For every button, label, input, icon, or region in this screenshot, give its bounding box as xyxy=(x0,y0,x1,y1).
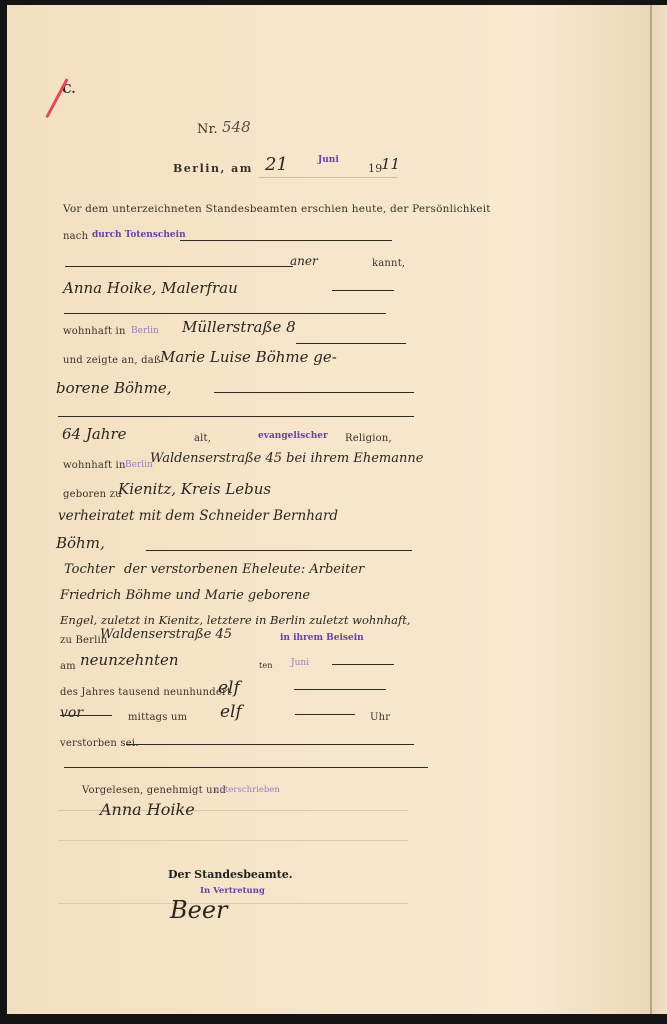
date-day: 21 xyxy=(265,154,288,175)
husband-surname: Böhm, xyxy=(56,534,105,552)
parents-prefix: Tochter xyxy=(64,562,114,577)
death-month-label: ten xyxy=(259,661,273,670)
number-label: Nr. xyxy=(197,122,218,137)
declared-label: und zeigte an, daß xyxy=(63,355,161,366)
informant-residence-label: wohnhaft in xyxy=(63,326,126,337)
registrar-stamp: In Vertretung xyxy=(200,886,265,896)
parents-line1: der verstorbenen Eheleute: Arbeiter xyxy=(124,562,364,577)
known-value: aner xyxy=(290,254,318,268)
read-stamp: unterschrieben xyxy=(214,785,280,795)
deceased-residence-label: wohnhaft in xyxy=(63,460,126,471)
parents-line2: Friedrich Böhme und Marie geborene xyxy=(60,588,310,603)
birthplace: Kienitz, Kreis Lebus xyxy=(118,480,271,498)
death-month-stamp: Juni xyxy=(291,658,309,668)
page-gutter-edge xyxy=(653,5,667,1014)
age-value: 64 Jahre xyxy=(62,425,127,443)
registrar-signature: Beer xyxy=(170,896,228,924)
death-day-value: neunzehnten xyxy=(80,651,179,669)
read-label: Vorgelesen, genehmigt und xyxy=(82,785,226,796)
deceased-address: Waldenserstraße 45 bei ihrem Ehemanne xyxy=(150,451,423,466)
date-month-stamp: Juni xyxy=(318,155,339,165)
death-address: Waldenserstraße 45 xyxy=(100,627,232,642)
informant-name: Anna Hoike, Malerfrau xyxy=(63,279,238,297)
informant-residence-stamp: Berlin xyxy=(131,326,159,336)
place-label: Berlin, am xyxy=(173,162,253,175)
time-prefix-value: vor xyxy=(60,705,83,721)
time-label: mittags um xyxy=(128,712,187,723)
registrar-title: Der Standesbeamte. xyxy=(168,868,293,881)
page-gutter-line xyxy=(650,5,652,1014)
time-suffix: Uhr xyxy=(370,712,390,723)
deceased-name-line2: borene Böhme, xyxy=(56,379,172,397)
record-number: 548 xyxy=(222,118,251,136)
year-value: elf xyxy=(218,678,240,698)
age-label: alt, xyxy=(194,433,211,444)
intro-text: Vor dem unterzeichneten Standesbeamten e… xyxy=(63,203,491,215)
informant-address: Müllerstraße 8 xyxy=(182,318,296,336)
time-value: elf xyxy=(220,702,242,722)
born-label: geboren zu xyxy=(63,489,122,500)
known-label: kannt, xyxy=(372,258,405,269)
deceased-residence-stamp: Berlin xyxy=(125,460,153,470)
parents-line3: Engel, zuletzt in Kienitz, letztere in B… xyxy=(60,613,411,627)
married-line: verheiratet mit dem Schneider Bernhard xyxy=(58,508,338,524)
religion-label: Religion, xyxy=(345,433,392,444)
death-day-label: am xyxy=(60,661,76,672)
religion-stamp: evangelischer xyxy=(258,431,328,441)
death-place-stamp: in ihrem Beisein xyxy=(280,633,364,643)
year-suffix: 11 xyxy=(381,155,400,173)
nach-label: nach xyxy=(63,231,88,242)
deceased-name-line1: Marie Luise Böhme ge- xyxy=(160,348,337,366)
identity-stamp: durch Totenschein xyxy=(92,230,186,240)
year-label: des Jahres tausend neunhundert xyxy=(60,687,231,698)
informant-signature: Anna Hoike xyxy=(100,800,195,819)
